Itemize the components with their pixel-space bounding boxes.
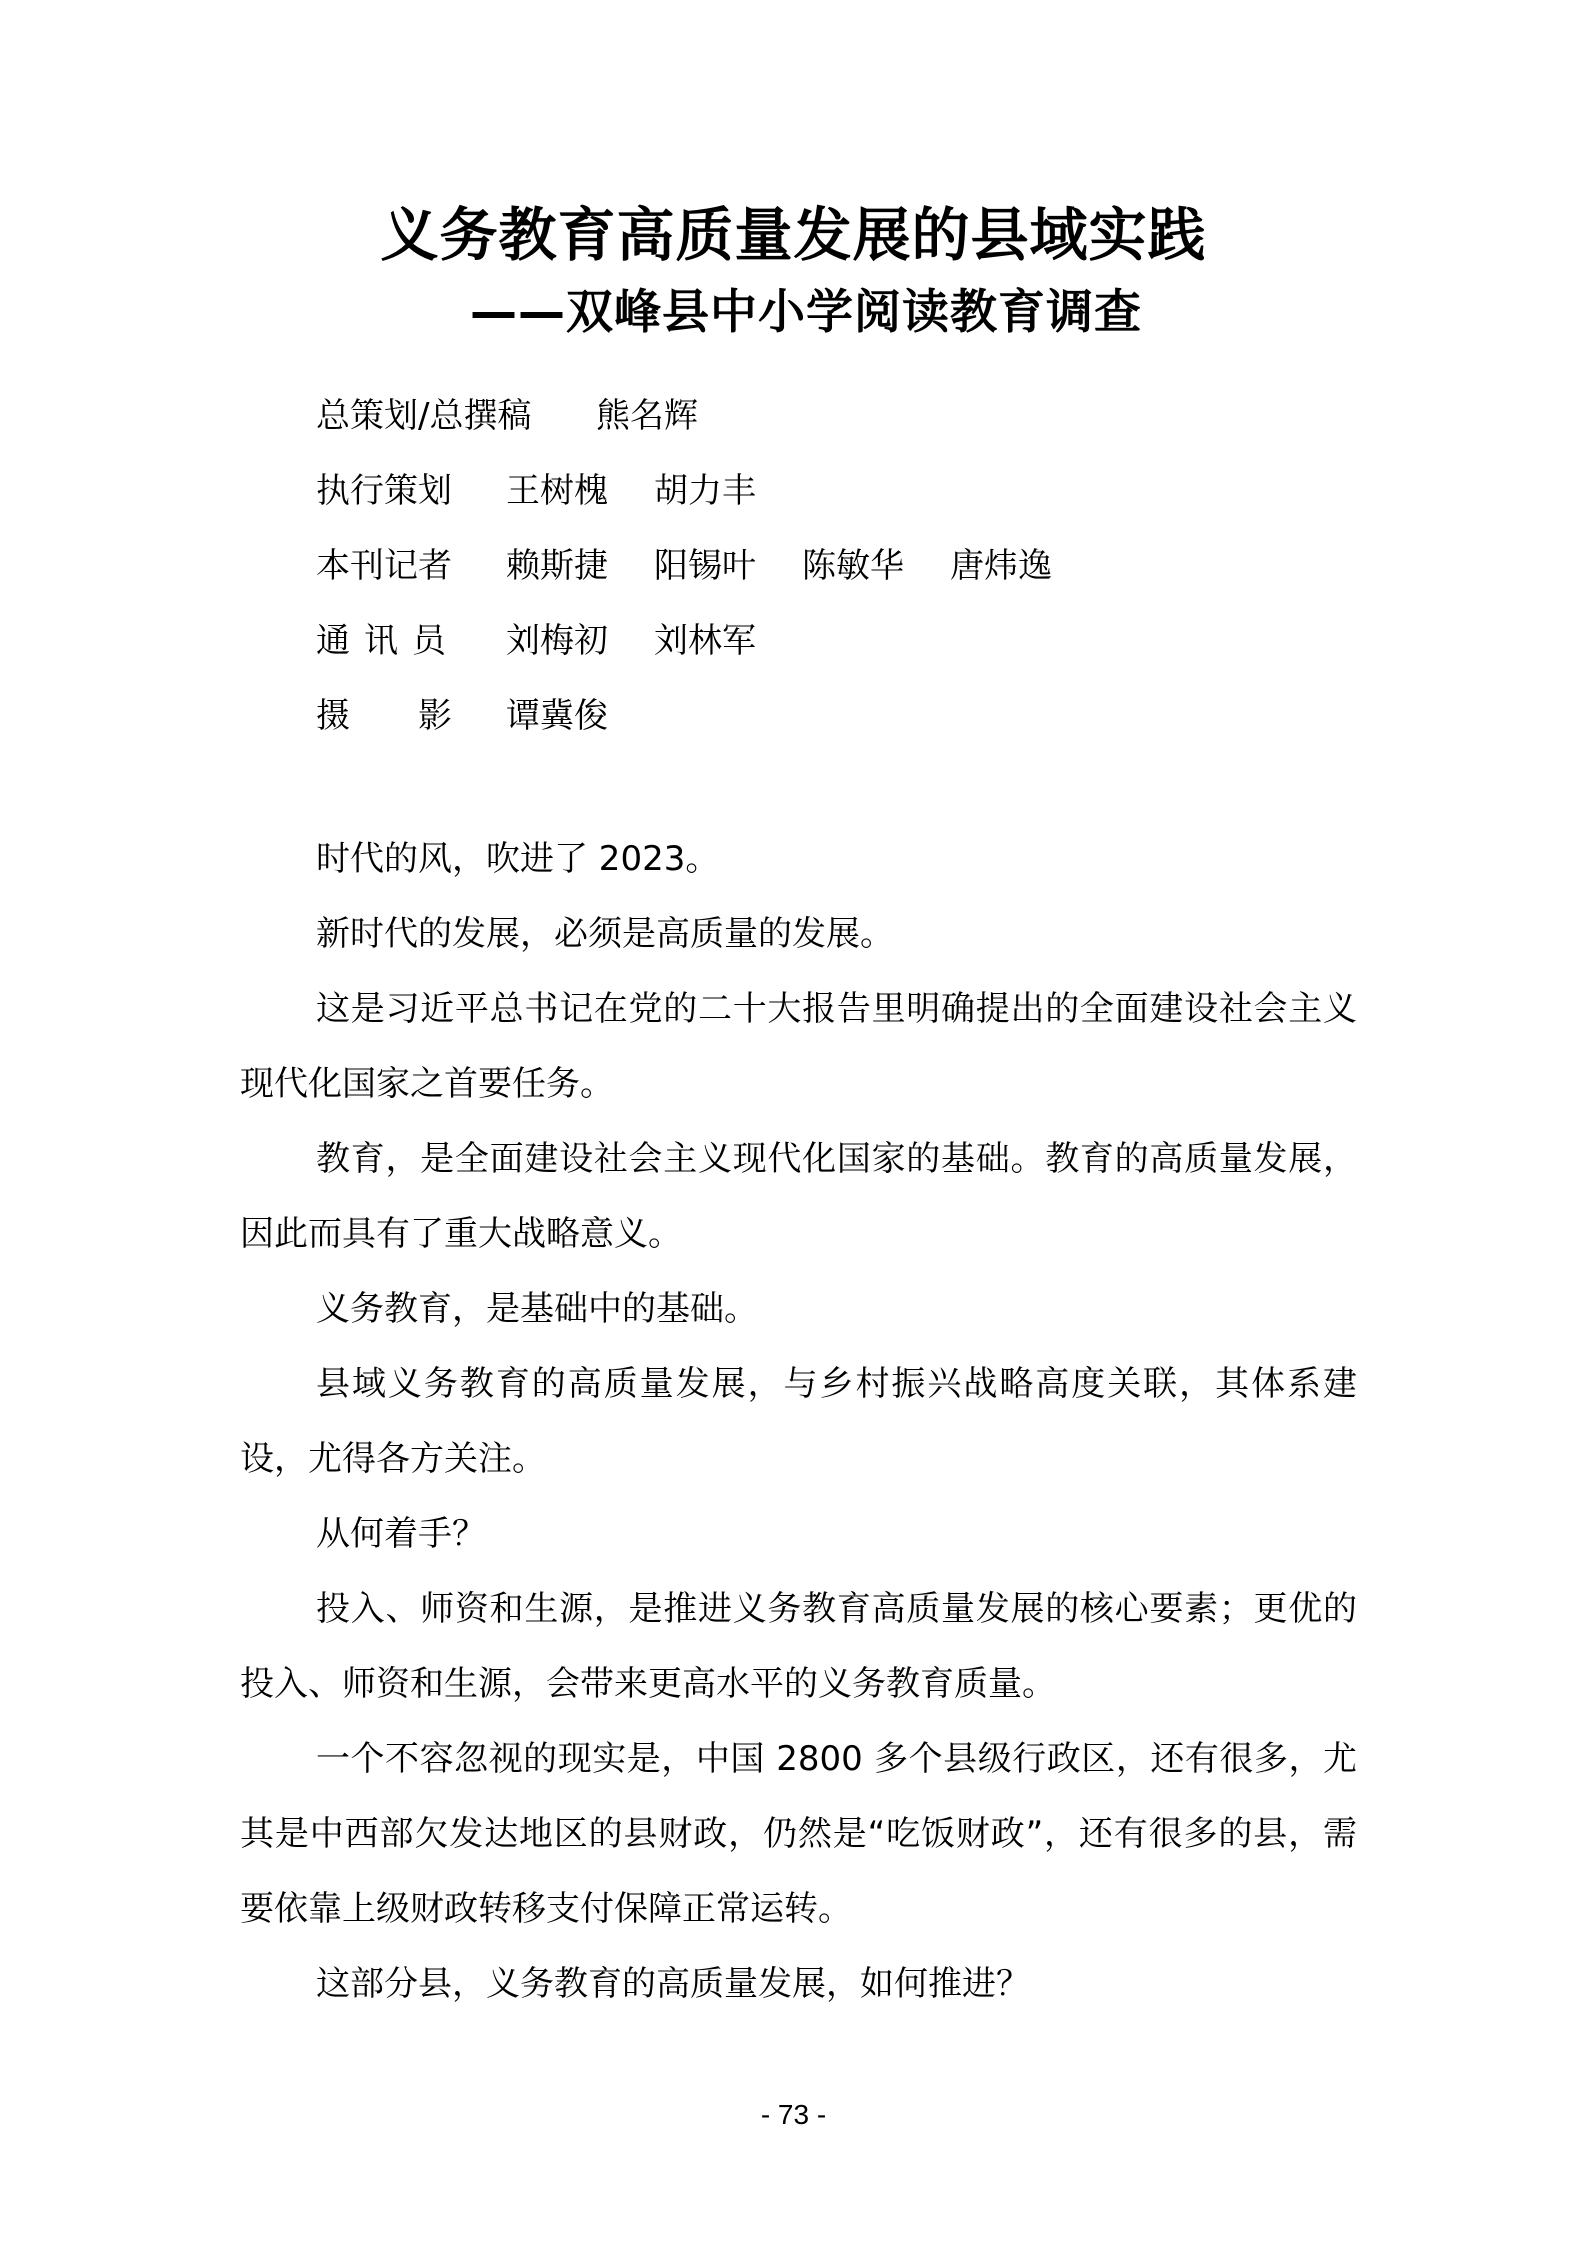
credit-role: 执行策划 — [316, 471, 506, 511]
paragraph: 义务教育，是基础中的基础。 — [240, 1272, 1357, 1347]
paragraph: 县域义务教育的高质量发展，与乡村振兴战略高度关联，其体系建设，尤得各方关注。 — [240, 1347, 1357, 1497]
credit-row-correspondents: 通讯员 刘梅初 刘林军 — [316, 603, 1098, 678]
paragraph: 这是习近平总书记在党的二十大报告里明确提出的全面建设社会主义现代化国家之首要任务… — [240, 972, 1357, 1122]
credit-name: 陈敏华 — [802, 546, 904, 586]
credit-row-executive-planning: 执行策划 王树槐 胡力丰 — [316, 453, 1098, 528]
article-subtitle: ——双峰县中小学阅读教育调查 — [470, 283, 1142, 343]
page-number: - 73 - — [0, 2098, 1587, 2132]
credit-row-reporters: 本刊记者 赖斯捷 阳锡叶 陈敏华 唐炜逸 — [316, 528, 1098, 603]
credit-name: 王树槐 — [506, 471, 608, 511]
credit-role: 摄影 — [316, 696, 506, 736]
paragraph: 新时代的发展，必须是高质量的发展。 — [240, 897, 1357, 972]
paragraph: 教育，是全面建设社会主义现代化国家的基础。教育的高质量发展，因此而具有了重大战略… — [240, 1122, 1357, 1272]
credit-name: 谭冀俊 — [506, 696, 608, 736]
credit-name: 刘林军 — [654, 621, 756, 661]
credit-name: 赖斯捷 — [506, 546, 608, 586]
article-body: 时代的风，吹进了 2023。 新时代的发展，必须是高质量的发展。 这是习近平总书… — [240, 822, 1357, 2022]
paragraph: 时代的风，吹进了 2023。 — [240, 822, 1357, 897]
credit-role: 总策划/总撰稿 — [316, 396, 596, 436]
article-title: 义务教育高质量发展的县域实践 — [0, 200, 1587, 270]
credit-name: 阳锡叶 — [654, 546, 756, 586]
paragraph: 从何着手？ — [240, 1497, 1357, 1572]
paragraph: 这部分县，义务教育的高质量发展，如何推进？ — [240, 1947, 1357, 2022]
credit-name: 胡力丰 — [654, 471, 756, 511]
credits-block: 总策划/总撰稿 熊名辉 执行策划 王树槐 胡力丰 本刊记者 赖斯捷 阳锡叶 陈敏… — [316, 378, 1098, 753]
document-page: 义务教育高质量发展的县域实践 ——双峰县中小学阅读教育调查 总策划/总撰稿 熊名… — [0, 0, 1587, 2245]
paragraph: 投入、师资和生源，是推进义务教育高质量发展的核心要素；更优的投入、师资和生源，会… — [240, 1572, 1357, 1722]
credit-name: 熊名辉 — [596, 396, 698, 436]
credit-role: 通讯员 — [316, 621, 506, 661]
credit-role: 本刊记者 — [316, 546, 506, 586]
credit-row-chief-editor: 总策划/总撰稿 熊名辉 — [316, 378, 1098, 453]
credit-name: 刘梅初 — [506, 621, 608, 661]
paragraph: 一个不容忽视的现实是，中国 2800 多个县级行政区，还有很多，尤其是中西部欠发… — [240, 1722, 1357, 1947]
credit-row-photography: 摄影 谭冀俊 — [316, 678, 1098, 753]
credit-name: 唐炜逸 — [950, 546, 1052, 586]
